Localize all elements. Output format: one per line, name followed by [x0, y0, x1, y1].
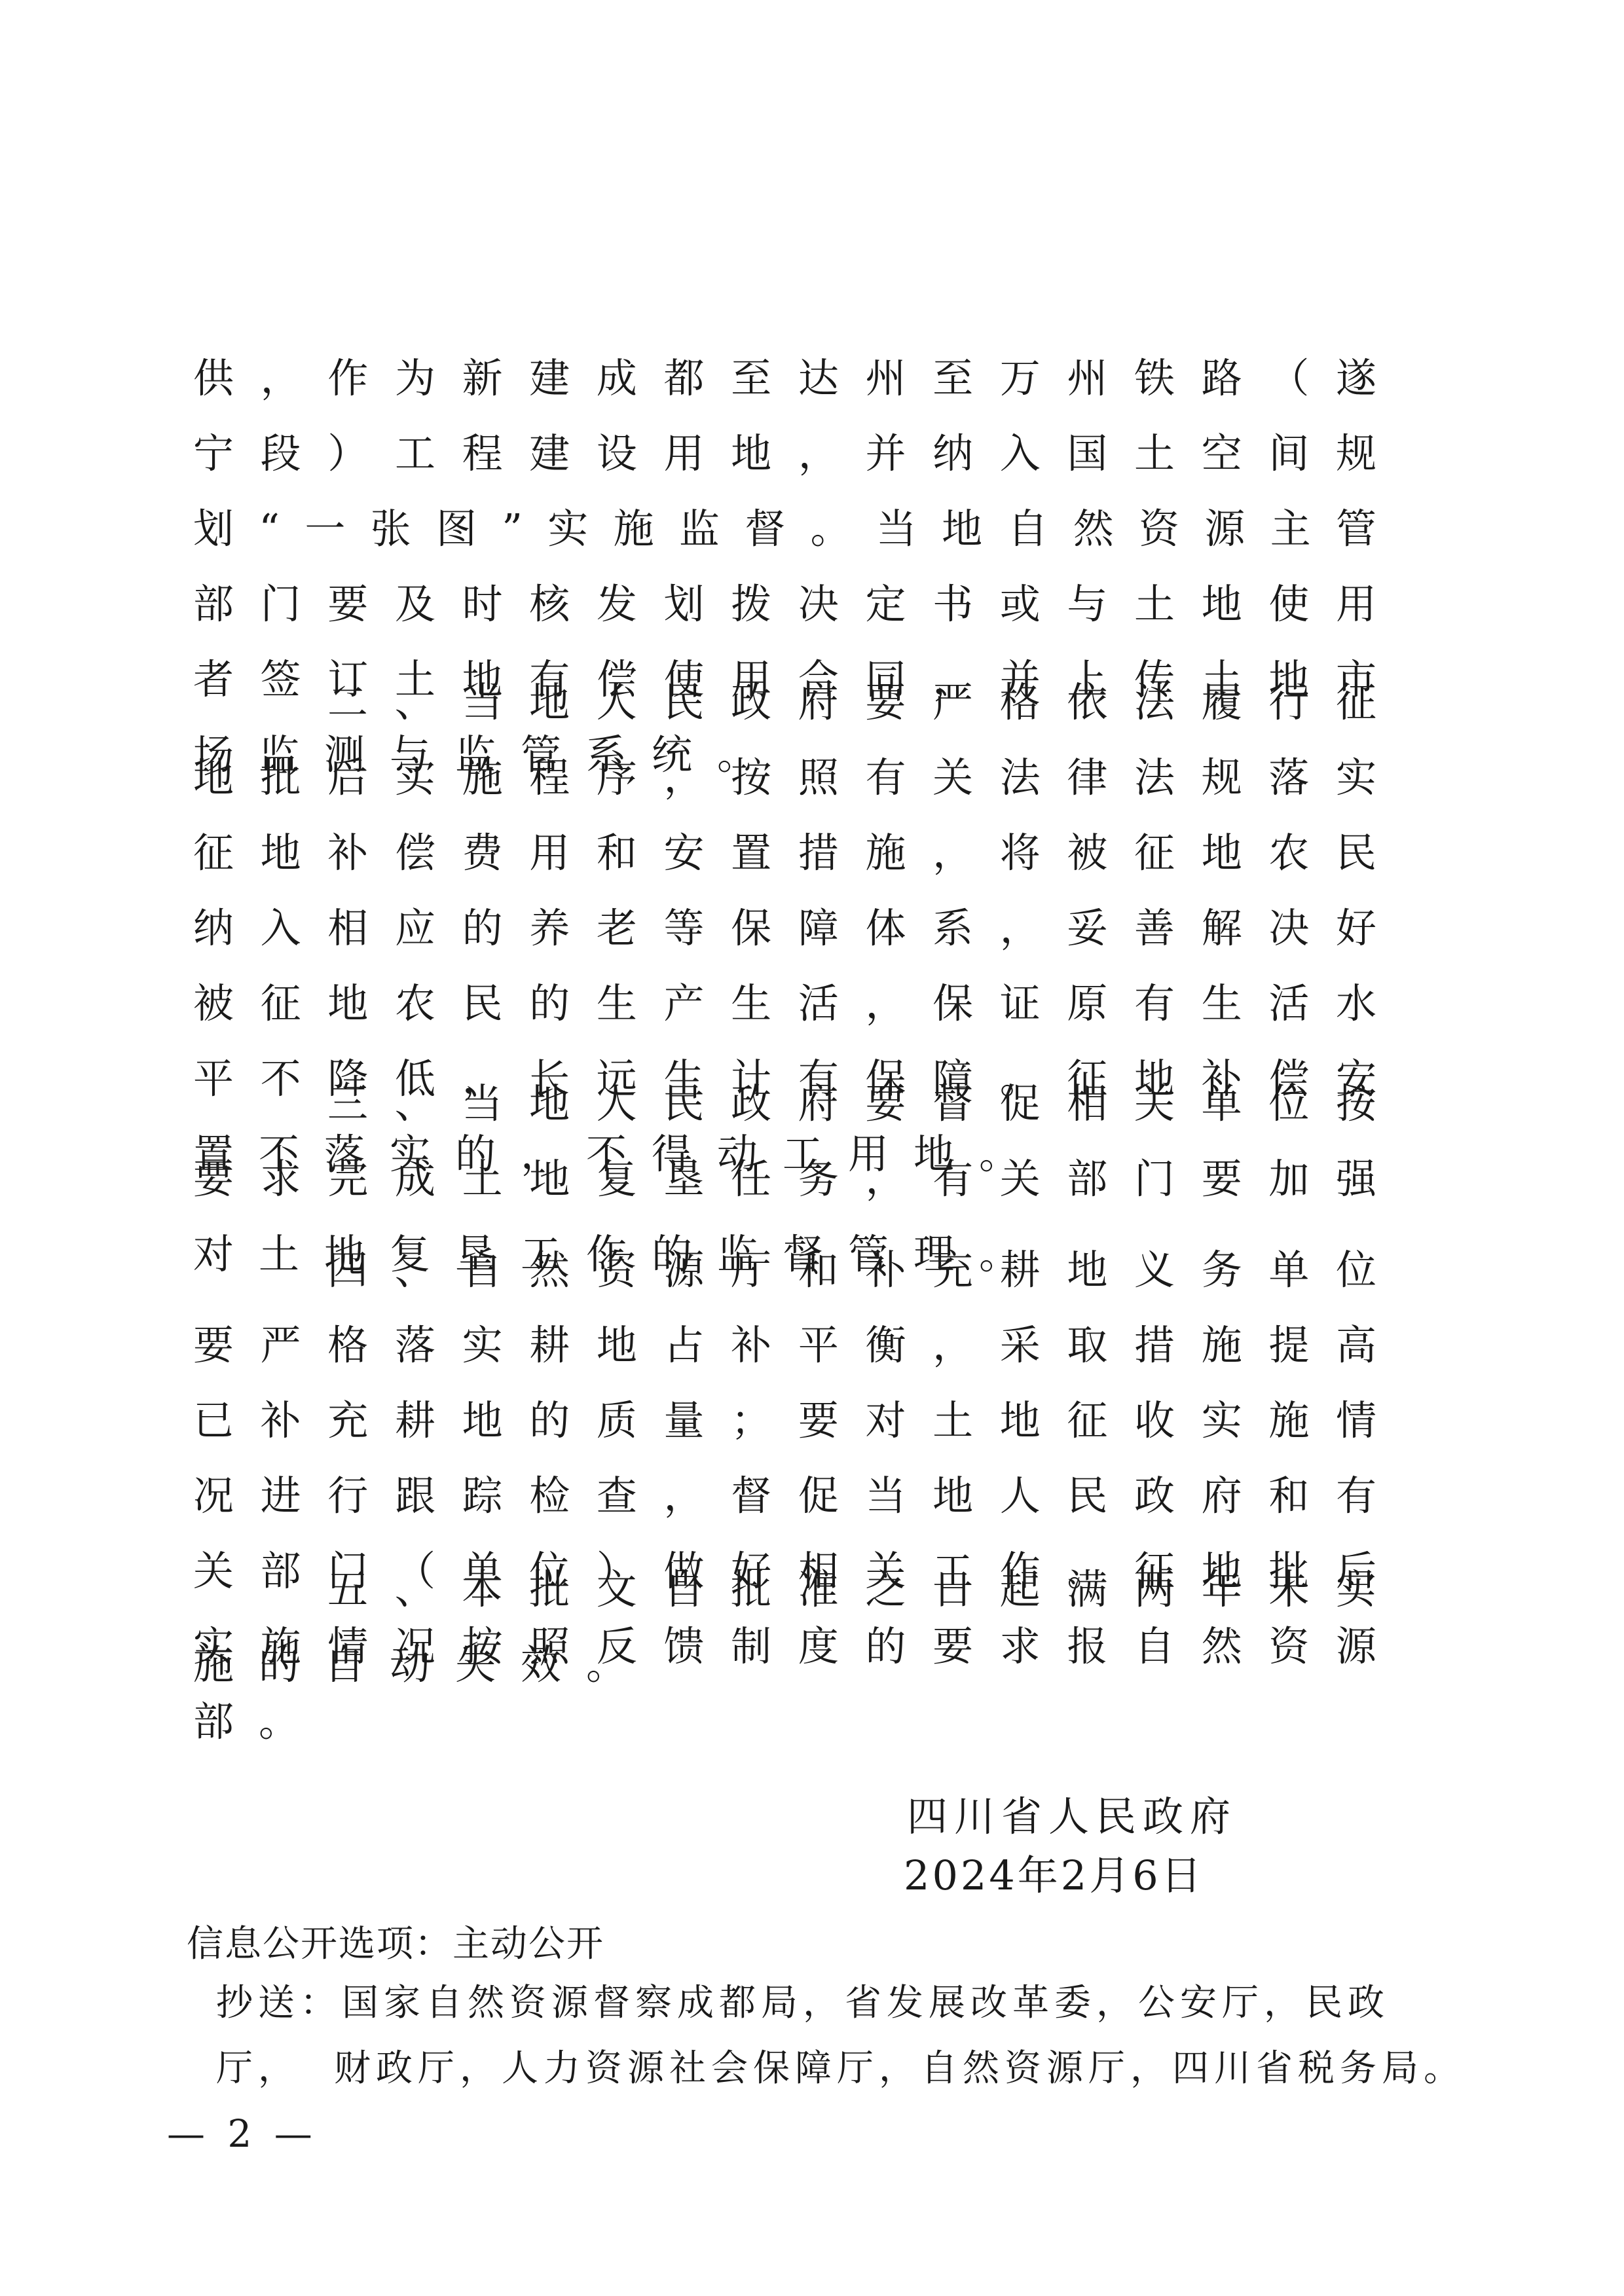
info-disclosure-option: 信息公开选项：主动公开	[187, 1915, 604, 1967]
signature-date: 2024年2月6日	[904, 1843, 1204, 1901]
cc-line-2: 财政厅，人力资源社会保障厅，自然资源厅，四川省税务局。	[334, 2036, 1539, 2102]
paragraph-item-5: 五、本批文自批准之日起满两年未实施的自动失效。	[193, 1552, 1401, 1702]
document-page: 供，作为新建成都至达州至万州铁路（遂宁段）工程建设用地，并纳入国土空间规划“一张…	[0, 0, 1624, 2296]
signature-issuer: 四川省人民政府	[907, 1784, 1237, 1842]
page-number: — 2 —	[167, 2111, 318, 2156]
cc-label: 抄送：	[216, 1982, 342, 2024]
